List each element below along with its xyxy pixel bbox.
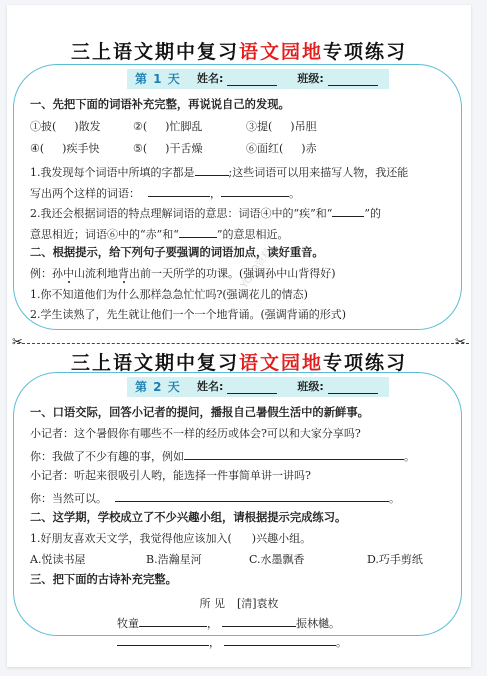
- option-d[interactable]: D.巧手剪纸: [367, 553, 423, 567]
- poem-line-1: 牧童，振林樾。: [117, 615, 340, 631]
- name-label: 姓名:: [197, 69, 223, 89]
- class-label: 班级:: [297, 69, 323, 89]
- sheet1-day-band: 第 1 天 姓名: 班级:: [127, 69, 389, 89]
- answer-blank[interactable]: [224, 634, 336, 646]
- sentence-1: 1.你不知道他们为什么那样急急忙忙吗?(强调花儿的情态): [30, 288, 308, 302]
- sentence-2: 2.学生读熟了，先生就让他们一个一个地背诵。(强调背诵的形式): [30, 308, 346, 322]
- question-1-line-1: 1.我发现每个词语中所填的字都是;这些词语可以用来描写人物，我还能: [30, 164, 408, 180]
- sheet2-title: 三上语文期中复习语文园地专项练习: [7, 348, 471, 375]
- class-blank[interactable]: [328, 380, 378, 394]
- answer-blank[interactable]: [115, 490, 389, 502]
- example-sentence: 例：孙中山流利地背出前一天所学的功课。(强调孙中山背得好): [30, 267, 336, 281]
- title-prefix: 三上语文期中复习: [71, 41, 239, 63]
- word-row-2: ④()疾手快⑤()干舌燥⑥面红()赤: [30, 142, 317, 156]
- answer-blank[interactable]: [195, 164, 229, 176]
- section-heading: 一、先把下面的词语补充完整，再说说自己的发现。: [30, 98, 290, 112]
- title-prefix: 三上语文期中复习: [71, 352, 239, 374]
- title-highlight: 语文园地: [239, 352, 323, 374]
- section-heading: 三、把下面的古诗补充完整。: [30, 573, 177, 587]
- name-blank[interactable]: [227, 72, 277, 86]
- option-a[interactable]: A.悦读书屋: [30, 553, 146, 567]
- option-c[interactable]: C.水墨飘香: [249, 553, 367, 567]
- sheet2-day-band: 第 2 天 姓名: 班级:: [127, 377, 389, 397]
- sheet1-title: 三上语文期中复习语文园地专项练习: [7, 37, 471, 64]
- dialogue-line: 小记者：这个暑假你有哪些不一样的经历或体会?可以和大家分享吗?: [30, 427, 361, 441]
- title-suffix: 专项练习: [323, 352, 407, 374]
- answer-blank[interactable]: [139, 615, 207, 627]
- class-blank[interactable]: [328, 72, 378, 86]
- section-heading: 二、根据提示，给下列句子要强调的词语加点，读好重音。: [30, 246, 324, 260]
- question-2-line-2: 意思相近；词语⑥中的“赤”和“”的意思相近。: [30, 226, 289, 242]
- answer-blank[interactable]: [184, 448, 404, 460]
- question-2-line-1: 2.我还会根据词语的特点理解词语的意思：词语④中的“疾”和“”的: [30, 205, 381, 221]
- poem-line-2: ，。: [117, 634, 347, 650]
- answer-blank[interactable]: [179, 226, 217, 238]
- answer-blank[interactable]: [222, 615, 296, 627]
- word-row-1: ①披()散发②()忙脚乱③提()吊胆: [30, 120, 317, 134]
- dialogue-line: 你：当然可以。。: [30, 490, 400, 506]
- dialogue-line: 小记者：听起来很吸引人哟，能选择一件事简单讲一讲吗?: [30, 469, 311, 483]
- answer-blank[interactable]: [148, 185, 210, 197]
- worksheet-page: 三上语文期中复习语文园地专项练习 第 1 天 姓名: 班级: 一、先把下面的词语…: [7, 5, 471, 667]
- class-label: 班级:: [297, 377, 323, 397]
- option-b[interactable]: B.浩瀚星河: [146, 553, 249, 567]
- answer-blank[interactable]: [332, 205, 364, 217]
- section-heading: 一、口语交际，回答小记者的提问，播报自己暑假生活中的新鲜事。: [30, 406, 369, 420]
- poem-title: 所 见: [199, 597, 225, 610]
- name-blank[interactable]: [227, 380, 277, 394]
- dialogue-line: 你：我做了不少有趣的事，例如。: [30, 448, 415, 464]
- poem-author: [清]袁枚: [237, 597, 279, 610]
- day-label: 第 2 天: [135, 377, 197, 397]
- cut-line: [17, 343, 469, 344]
- section-heading: 二、这学期，学校成立了不少兴趣小组，请根据提示完成练习。: [30, 511, 346, 525]
- title-suffix: 专项练习: [323, 41, 407, 63]
- options-row: A.悦读书屋B.浩瀚星河C.水墨飘香D.巧手剪纸: [30, 553, 423, 567]
- answer-blank[interactable]: [117, 634, 209, 646]
- day-label: 第 1 天: [135, 69, 197, 89]
- question-1-line-2: 写出两个这样的词语：，。: [30, 185, 300, 201]
- poem-title-line: 所 见[清]袁枚: [7, 595, 471, 611]
- name-label: 姓名:: [197, 377, 223, 397]
- question-line: 1.好朋友喜欢天文学，我觉得他应该加入()兴趣小组。: [30, 532, 311, 546]
- answer-blank[interactable]: [221, 185, 289, 197]
- title-highlight: 语文园地: [239, 41, 323, 63]
